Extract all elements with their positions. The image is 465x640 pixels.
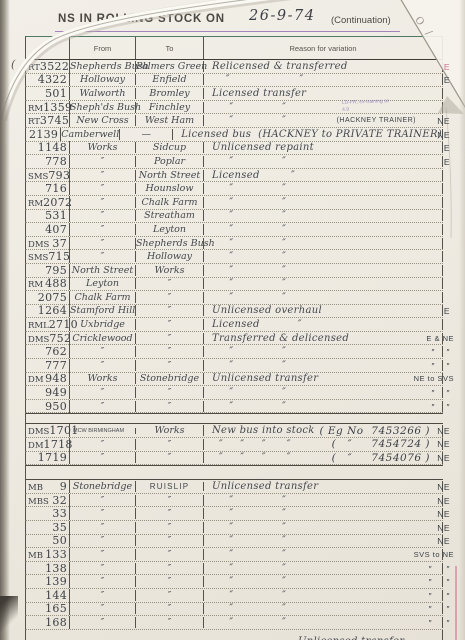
table-row: 777″″ ″ ″″ ″ (25, 359, 443, 373)
row-reason: ″ ″″ ″ (204, 590, 443, 601)
row-from: Leyton (70, 278, 136, 289)
status-mark: NE (437, 496, 450, 506)
row-reason: ″ ″″ ″ (204, 603, 443, 614)
row-to: ″ (136, 549, 204, 560)
row-to: ″ (136, 278, 204, 289)
row-to: Palmers Green (136, 61, 204, 72)
row-from: Sheph'ds Bush (70, 102, 136, 113)
row-to: RUISLIP (136, 482, 204, 491)
row-from: ″ (70, 535, 136, 546)
table-row: 1148WorksSidcupUnlicensed repaintE (25, 142, 443, 156)
row-number: 144 (26, 589, 70, 602)
row-to: Chalk Farm (136, 197, 204, 208)
row-number: RT3522 (26, 60, 70, 73)
row-to: Streatham (136, 210, 204, 221)
row-from: ″ (70, 439, 136, 450)
status-mark: ″ ″ (432, 361, 450, 371)
table-row: DM1718″″ ″ ″ ″ ″( ″ 7454724 )NE (25, 438, 443, 452)
table-row: DMS752Cricklewood″Transferred & delicens… (25, 332, 443, 346)
row-reason: ″ ″NE (204, 495, 443, 506)
row-number: 949 (26, 386, 70, 399)
row-to: Finchley (136, 102, 204, 113)
status-mark: NE (437, 523, 450, 533)
status-mark: E (444, 157, 450, 167)
row-reason: ″ ″ (204, 197, 443, 208)
status-mark: E & NE (426, 334, 454, 343)
row-number: SMS715 (26, 250, 70, 263)
row-from: Cricklewood (70, 333, 136, 344)
row-number: 795 (26, 264, 70, 277)
row-reason: Licensed bus (HACKNEY to PRIVATE TRAINER… (173, 129, 443, 140)
row-from: New Cross (70, 115, 136, 126)
row-to: ″ (136, 495, 204, 506)
row-from: ″ (70, 170, 136, 181)
row-from: ″ (70, 156, 136, 167)
row-number: 165 (26, 602, 70, 615)
table-row: SMS793″North StreetLicensed ″ (25, 169, 443, 183)
row-number: SMS793 (26, 169, 70, 182)
row-to: ″ (136, 333, 204, 344)
row-to: ″ (136, 452, 204, 463)
status-mark: ″ ″ (429, 604, 450, 614)
row-number: RM1359 (26, 101, 70, 114)
row-reason: ″ ″ ″ ″( ″ 7454724 )NE (204, 438, 443, 450)
row-reason: ″ ″″ ″ (204, 576, 443, 587)
status-mark: SVS to NE (414, 550, 454, 559)
table-row: DM948WorksStonebridgeUnlicensed transfer… (25, 373, 443, 387)
row-number: 1148 (26, 141, 70, 154)
row-reason: ″ ″E (204, 156, 443, 167)
row-reason: Unlicensed transferNE to SVS (204, 373, 443, 384)
status-mark: ″ ″ (429, 577, 450, 587)
row-reason: ″ ″″ ″ (204, 346, 443, 357)
status-mark: NE (437, 439, 450, 449)
row-number: MB9 (26, 480, 70, 493)
row-reason: Transferred & delicensedE & NE (204, 333, 443, 344)
scan-corner-bottom-left (0, 596, 18, 640)
row-number: 762 (26, 345, 70, 358)
status-mark: ″ ″ (429, 618, 450, 628)
row-number: RT3745 (26, 114, 70, 127)
row-reason: ″ ″ (204, 292, 443, 303)
table-row: MB9StonebridgeRUISLIPUnlicensed transfer… (25, 480, 443, 494)
row-to: Enfield (136, 74, 204, 85)
row-reason: Licensed ″ (204, 319, 443, 330)
row-from: ″ (70, 563, 136, 574)
status-mark: NE (437, 116, 450, 126)
status-mark: NE (437, 426, 450, 436)
table-row: RM488Leyton″ ″ ″ (25, 278, 443, 292)
row-number: 139 (26, 575, 70, 588)
row-reason: ″ ″″ ″ (204, 401, 443, 412)
row-number: RM488 (26, 277, 70, 290)
row-from: ″ (70, 617, 136, 628)
table-row: DMS1701MCW BIRMINGHAMWorksNew bus into s… (25, 424, 443, 438)
pink-page-edge-line (455, 566, 457, 640)
status-mark: NE to SVS (414, 374, 454, 383)
row-from: Shepherds Bush (70, 61, 136, 72)
row-number: 501 (26, 87, 70, 100)
row-number: MB133 (26, 548, 70, 561)
row-from: ″ (70, 346, 136, 357)
row-to: ″ (136, 319, 204, 330)
row-from: Works (70, 373, 136, 384)
row-reason: ″ ″ (204, 210, 443, 221)
row-number: RM2072 (26, 196, 70, 209)
table-row: RT3522Shepherds BushPalmers GreenRelicen… (25, 60, 443, 74)
scan-edge-left (0, 0, 10, 640)
status-mark: ″ ″ (429, 564, 450, 574)
table-row: 2139Camberwell—Licensed bus (HACKNEY to … (25, 128, 443, 142)
row-number: 35 (26, 521, 70, 534)
row-to: Hounslow (136, 183, 204, 194)
row-reason: ″ ″″ ″ (204, 387, 443, 398)
row-to: ″ (136, 508, 204, 519)
continuation-label: (Continuation) (331, 15, 391, 26)
row-from: ″ (70, 452, 136, 463)
table-row: RML2710Uxbridge″Licensed ″ (25, 318, 443, 332)
row-to: Stonebridge (136, 373, 204, 384)
row-from: ″ (70, 576, 136, 587)
row-from: Stonebridge (70, 481, 136, 492)
status-mark: ″ ″ (432, 402, 450, 412)
row-number: 1264 (26, 304, 70, 317)
row-from: ″ (70, 251, 136, 262)
row-to: ″ (136, 617, 204, 628)
row-from: Stamford Hill (70, 305, 136, 316)
row-to: Works (136, 425, 204, 436)
status-mark: NE (437, 509, 450, 519)
row-reason: Relicensed & transferredE (204, 61, 443, 72)
status-mark: ″ ″ (432, 347, 450, 357)
row-number: DM1718 (26, 438, 70, 451)
row-to: Sidcup (136, 142, 204, 153)
table-row: 138″″ ″ ″″ ″ (25, 562, 443, 576)
row-to: ″ (136, 346, 204, 357)
row-number: 407 (26, 223, 70, 236)
table-row: 795North StreetWorks ″ ″ (25, 264, 443, 278)
row-from: MCW BIRMINGHAM (70, 428, 136, 434)
status-mark: ″ ″ (429, 591, 450, 601)
table-row: 1264Stamford Hill″Unlicensed overhaulE (25, 305, 443, 319)
table-row: 165″″ ″ ″″ ″ (25, 603, 443, 617)
row-number: 2075 (26, 291, 70, 304)
table-row: 144″″ ″ ″″ ″ (25, 589, 443, 603)
row-reason: ″ ″″ ″ (204, 360, 443, 371)
status-mark: NE (437, 482, 450, 492)
row-to: — (120, 129, 173, 140)
faint-pencil-note: LD-FR, ex-training sc 4.9 (342, 98, 390, 113)
row-from: ″ (70, 387, 136, 398)
row-to: ″ (136, 590, 204, 601)
column-header-from: From (70, 37, 136, 59)
row-from: Walworth (70, 88, 136, 99)
row-reason: ″ ″ (204, 238, 443, 249)
row-number: DMS752 (26, 332, 70, 345)
row-reason: ″ ″ ″ ″( ″ 7454076 )NE (204, 452, 443, 464)
scan-edge-right (459, 0, 465, 640)
row-reason: ″ ″″ ″ (204, 617, 443, 628)
table-row: MBS32″″ ″ ″NE (25, 494, 443, 508)
row-number: 777 (26, 359, 70, 372)
row-from: ″ (70, 224, 136, 235)
row-to: Poplar (136, 156, 204, 167)
row-number: 1719 (26, 451, 70, 464)
row-to: North Street (136, 170, 204, 181)
row-reason: ″ ″SVS to NE (204, 549, 443, 560)
row-to: Bromley (136, 88, 204, 99)
row-from: Uxbridge (70, 319, 136, 330)
row-to: Shepherds Bush (136, 238, 204, 249)
row-from: ″ (70, 522, 136, 533)
table-row: 950″″ ″ ″″ ″ (25, 400, 443, 414)
table-row: 1719″″ ″ ″ ″ ″( ″ 7454076 )NE (25, 452, 443, 466)
row-reason: Unlicensed transfer (204, 630, 443, 640)
row-from: ″ (70, 508, 136, 519)
row-reason: ″ ″ (204, 251, 443, 262)
status-mark: E (444, 75, 450, 85)
table-row: 33″″ ″ ″NE (25, 507, 443, 521)
row-from: ″ (70, 360, 136, 371)
row-reason: Licensed transfer (204, 88, 443, 99)
table-row: 716″Hounslow ″ ″ (25, 182, 443, 196)
rolling-stock-table: From To Reason for variation RT3522Sheph… (25, 36, 443, 640)
table-gap-row (25, 413, 443, 424)
row-reason: Unlicensed transferNE (204, 481, 443, 492)
table-row: 50″″ ″ ″NE (25, 535, 443, 549)
row-to: ″ (136, 535, 204, 546)
row-from: Chalk Farm (70, 292, 136, 303)
status-mark: NE (437, 453, 450, 463)
row-number: 531 (26, 209, 70, 222)
row-number: MBS32 (26, 494, 70, 507)
row-number: RML2710 (26, 318, 70, 331)
row-reason: ″ ″ (204, 183, 443, 194)
row-reason: ″ ″″ ″ (204, 563, 443, 574)
row-number: 716 (26, 182, 70, 195)
row-number: 778 (26, 155, 70, 168)
row-number: 2139 (26, 128, 61, 141)
table-row: 407″Leyton ″ ″ (25, 223, 443, 237)
row-reason: Licensed ″ (204, 170, 443, 181)
row-from: ″ (70, 549, 136, 560)
row-reason: New bus into stock( Eg No 7453266 )NE (204, 425, 443, 437)
row-from: North Street (70, 265, 136, 276)
column-header-to: To (136, 37, 204, 59)
status-mark: NE (437, 130, 450, 140)
column-header-reason: Reason for variation (204, 37, 443, 59)
table-gap-row (25, 465, 443, 480)
table-row: DMS37″Shepherds Bush ″ ″ (25, 237, 443, 251)
row-from: Camberwell (61, 129, 120, 140)
status-mark: E (444, 143, 450, 153)
table-row: RT3745New CrossWest Ham ″ ″(HACKNEY TRAI… (25, 114, 443, 128)
row-reason: ″ ″NE (204, 508, 443, 519)
table-row: 2075Chalk Farm″ ″ ″ (25, 291, 443, 305)
row-from: ″ (70, 401, 136, 412)
row-to: Leyton (136, 224, 204, 235)
row-to: ″ (136, 305, 204, 316)
row-reason: Unlicensed repaintE (204, 142, 443, 153)
row-reason: ″ ″(HACKNEY TRAINER)NE (204, 115, 443, 126)
row-from: Works (70, 142, 136, 153)
row-number: 138 (26, 562, 70, 575)
row-from: ″ (70, 590, 136, 601)
row-to: ″ (136, 292, 204, 303)
row-reason: ″ ″ (204, 265, 443, 276)
row-reason: Unlicensed overhaulE (204, 305, 443, 316)
row-from: ″ (70, 603, 136, 614)
status-mark: E (444, 62, 450, 72)
table-row: 4322HollowayEnfield ″ ″E (25, 74, 443, 88)
table-row: MB133″″ ″ ″SVS to NE (25, 548, 443, 562)
row-from: ″ (70, 495, 136, 506)
table-row: 139″″ ″ ″″ ″ (25, 575, 443, 589)
page-title: NS IN ROLLING STOCK ON (58, 13, 225, 25)
row-to: Works (136, 265, 204, 276)
row-to: ″ (136, 401, 204, 412)
scanned-document-page: NS IN ROLLING STOCK ON 26-9-74 (Continua… (0, 0, 465, 640)
table-row: 531″Streatham ″ ″ (25, 210, 443, 224)
margin-pen-mark: ( (11, 58, 15, 71)
row-to: West Ham (136, 115, 204, 126)
row-to: ″ (136, 563, 204, 574)
table-row: SMS715″Holloway ″ ″ (25, 250, 443, 264)
row-number: 950 (26, 400, 70, 413)
row-reason: ″ ″ (204, 278, 443, 289)
row-to: ″ (136, 439, 204, 450)
row-from: ″ (70, 238, 136, 249)
row-number: DM948 (26, 372, 70, 385)
table-row: 778″Poplar ″ ″E (25, 155, 443, 169)
row-number: 50 (26, 534, 70, 547)
table-body: RT3522Shepherds BushPalmers GreenRelicen… (25, 60, 443, 640)
table-row: 949″″ ″ ″″ ″ (25, 386, 443, 400)
row-number: 33 (26, 507, 70, 520)
row-number: DMS37 (26, 237, 70, 250)
status-mark: E (444, 306, 450, 316)
row-reason: ″ ″ (204, 102, 443, 113)
row-to: ″ (136, 522, 204, 533)
table-row: Unlicensed transfer (25, 630, 443, 640)
table-row: 35″″ ″ ″NE (25, 521, 443, 535)
row-reason: ″ ″NE (204, 522, 443, 533)
row-number: 4322 (26, 73, 70, 86)
table-row: 762″″ ″ ″″ ″ (25, 345, 443, 359)
row-reason: ″ ″ (204, 224, 443, 235)
row-from: Holloway (70, 74, 136, 85)
row-number: 168 (26, 616, 70, 629)
row-from: ″ (70, 210, 136, 221)
table-header-row: From To Reason for variation (25, 36, 443, 60)
status-mark: NE (437, 536, 450, 546)
table-row: 168″″ ″ ″″ ″ (25, 616, 443, 630)
row-to: Holloway (136, 251, 204, 262)
column-header-number (26, 37, 70, 59)
row-to: ″ (136, 603, 204, 614)
row-reason: ″ ″NE (204, 535, 443, 546)
status-mark: ″ ″ (432, 388, 450, 398)
row-number: DMS1701 (26, 424, 70, 437)
title-underline (55, 31, 400, 32)
row-from: ″ (70, 183, 136, 194)
row-reason: ″ ″E (204, 74, 443, 85)
row-to: ″ (136, 387, 204, 398)
row-to: ″ (136, 576, 204, 587)
handwritten-date: 26-9-74 (249, 8, 315, 24)
row-to: ″ (136, 360, 204, 371)
table-row: RM2072″Chalk Farm ″ ″ (25, 196, 443, 210)
row-from: ″ (70, 197, 136, 208)
